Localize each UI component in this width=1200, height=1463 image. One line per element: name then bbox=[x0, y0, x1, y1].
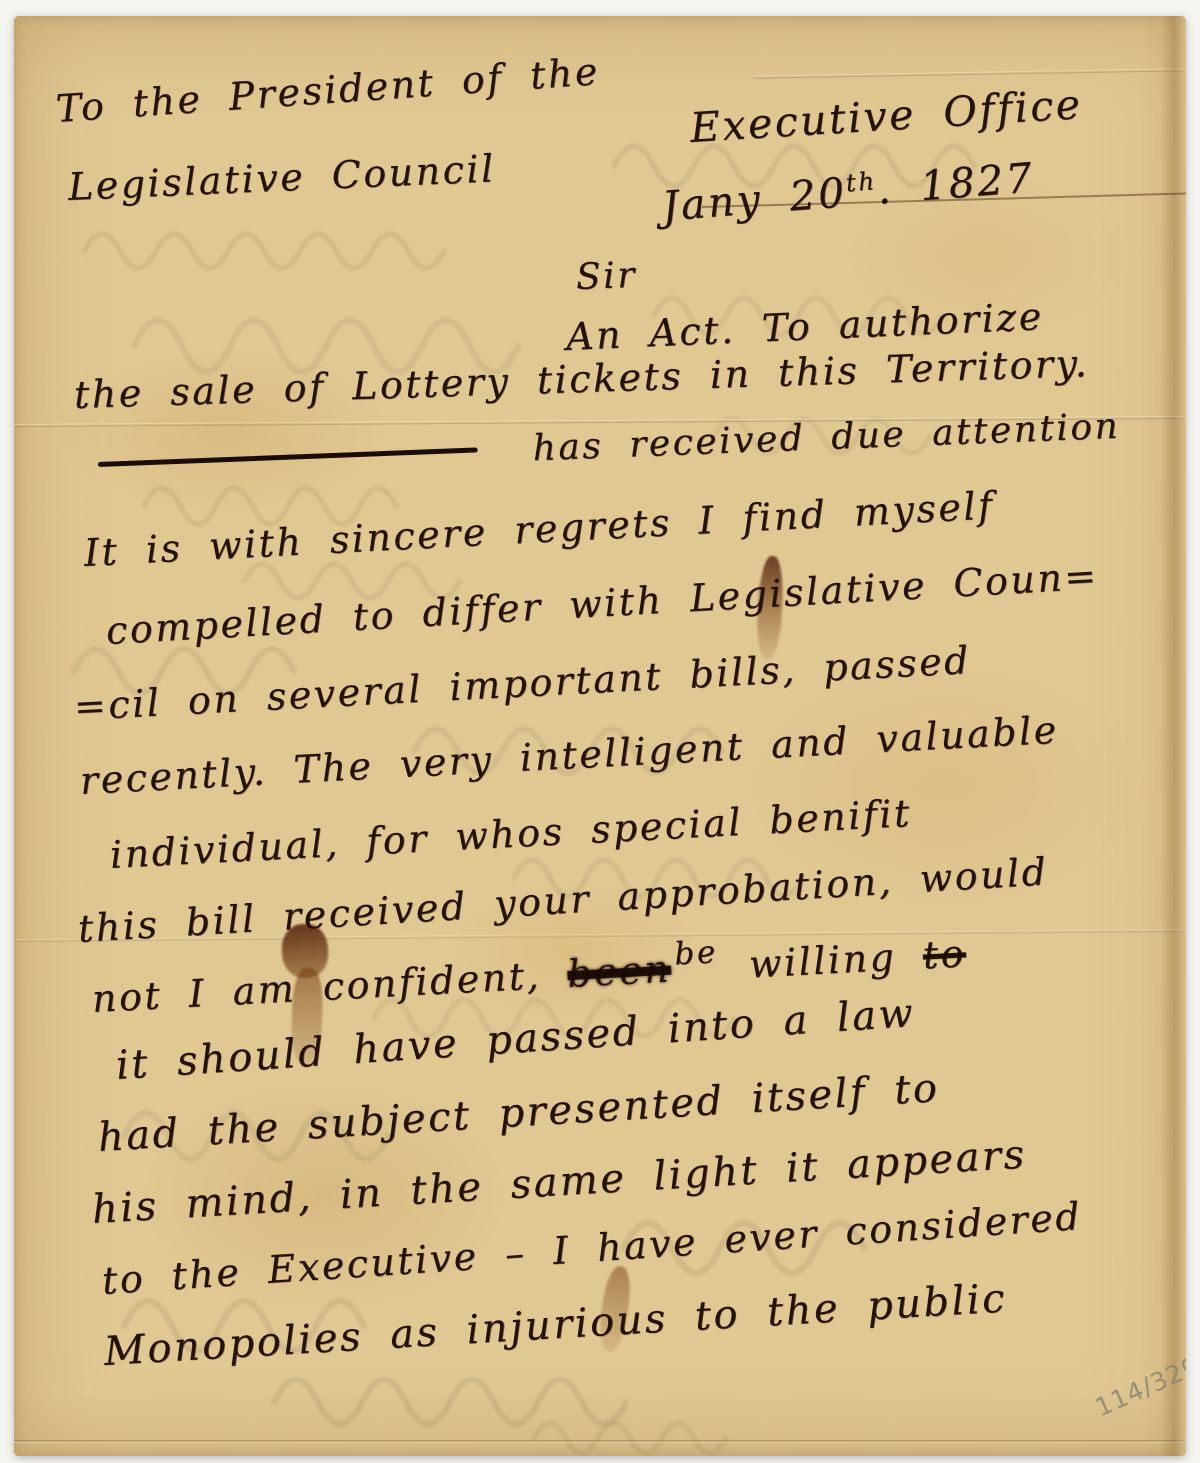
attention-text: has received due attention bbox=[532, 406, 1121, 470]
struck-word-2: to bbox=[922, 931, 967, 977]
inserted-word: be bbox=[673, 934, 718, 972]
fold-crease-right bbox=[1160, 16, 1186, 1456]
body-line: compelled to differ with Legislative Cou… bbox=[105, 557, 1100, 650]
archival-number: 114/329 bbox=[1091, 1351, 1186, 1423]
body-line: It is with sincere regrets I find myself bbox=[83, 486, 995, 572]
body-line: individual, for whos special benifit bbox=[109, 794, 913, 874]
date-day: Jany 20 bbox=[660, 168, 848, 230]
date-year: . 1827 bbox=[875, 153, 1036, 213]
date-line: Jany 20th. 1827 bbox=[660, 157, 1035, 228]
blank-line-dash bbox=[98, 447, 478, 467]
struck-word: been bbox=[566, 947, 672, 996]
body-line: recently. The very intelligent and valua… bbox=[79, 711, 1059, 800]
fold-crease bbox=[14, 1440, 1186, 1443]
fold-crease bbox=[754, 68, 1186, 79]
attention-line: has received due attention bbox=[97, 409, 1121, 484]
addressee-line-2: Legislative Council bbox=[67, 149, 496, 206]
body-line: =cil on several important bills, passed bbox=[73, 641, 972, 726]
amended-before: not I am confident, bbox=[91, 954, 542, 1021]
amended-after: willing bbox=[748, 935, 898, 987]
letter-page: To the President of the Legislative Coun… bbox=[14, 16, 1186, 1456]
addressee-line-1: To the President of the bbox=[55, 52, 601, 128]
office-heading: Executive Office bbox=[689, 84, 1084, 149]
salutation: Sir bbox=[575, 258, 637, 296]
date-ordinal: th bbox=[845, 166, 878, 197]
